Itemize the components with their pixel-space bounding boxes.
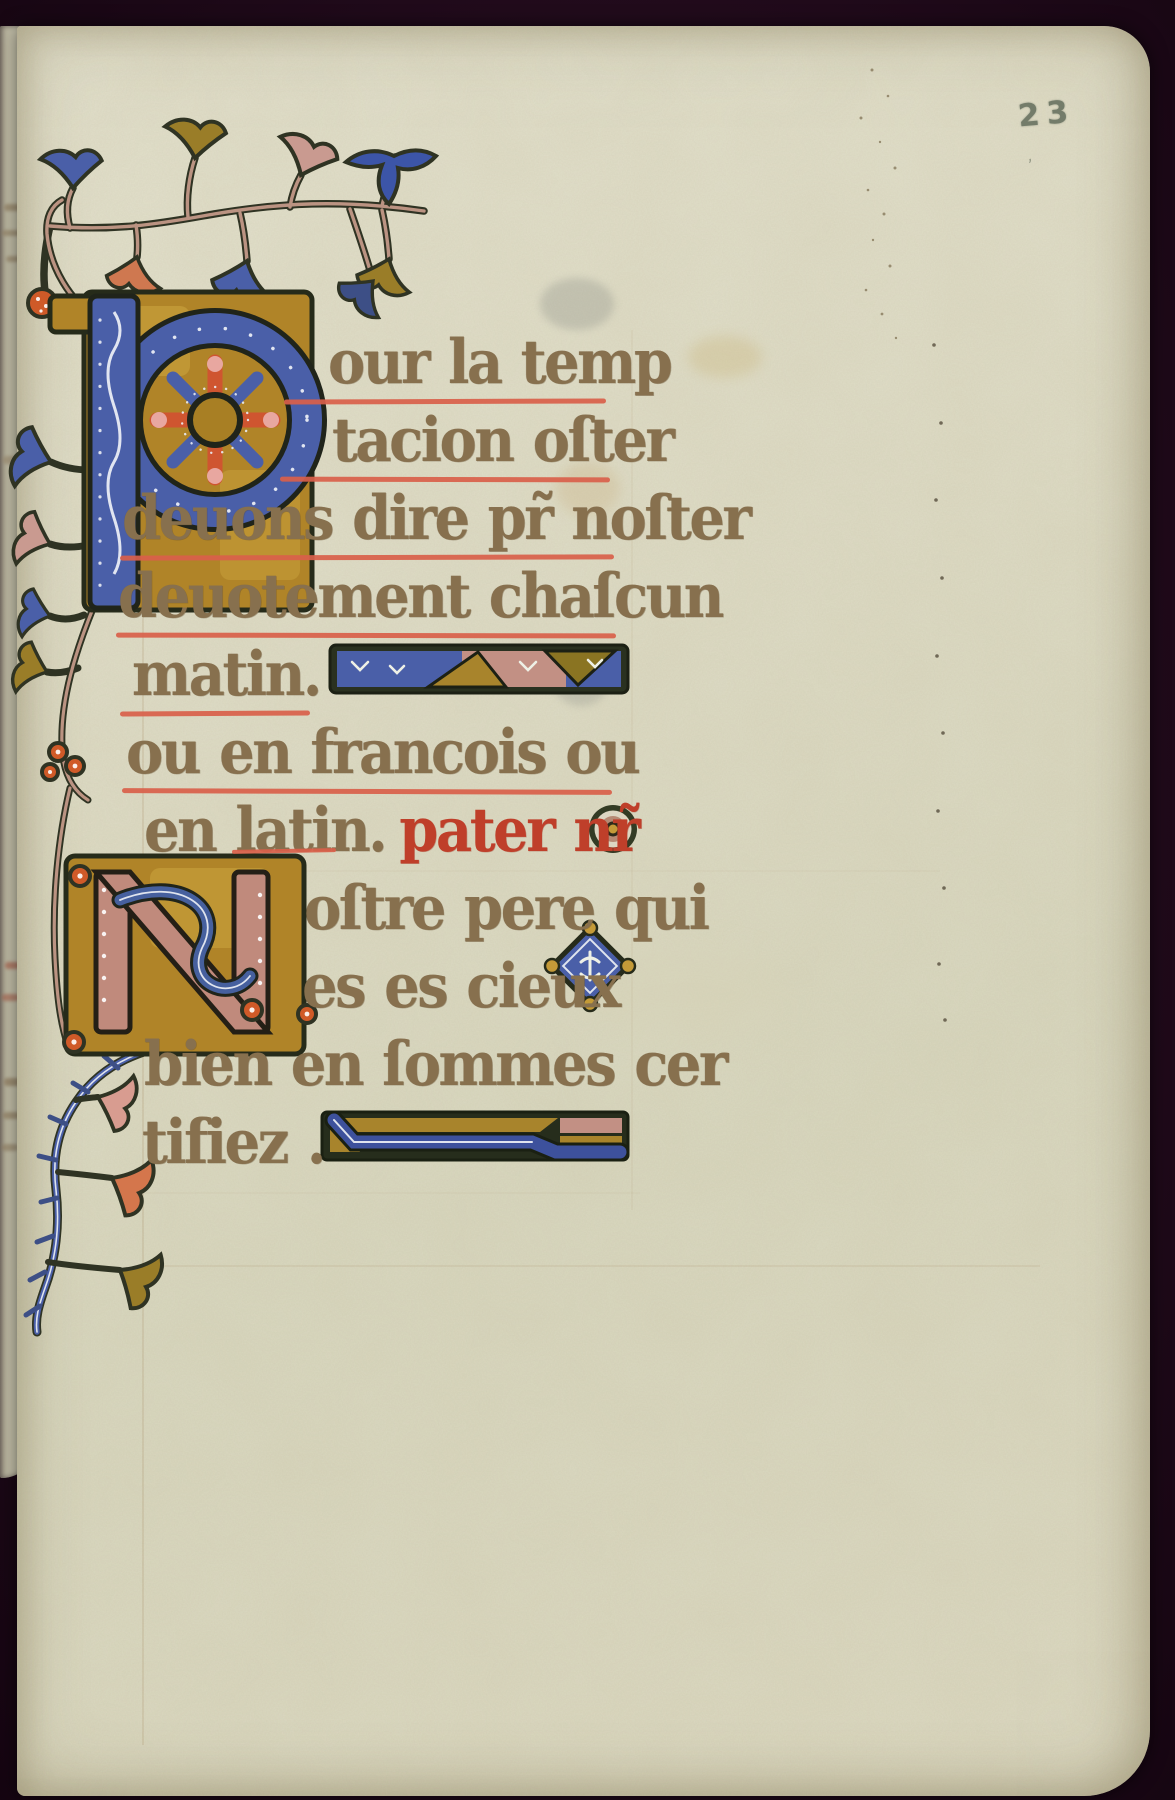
text-line-10: bien en ſommes cer bbox=[144, 1030, 726, 1099]
text-line-6: ou en francois ou bbox=[126, 718, 638, 787]
red-underline bbox=[280, 477, 610, 483]
line-text: en latin. bbox=[144, 795, 385, 866]
text-line-3: deuons dire pr̃ noſter bbox=[122, 484, 749, 553]
photo-backdrop: 23 , bbox=[0, 0, 1175, 1800]
red-underline bbox=[116, 633, 616, 639]
text-line-2: tacion oſter bbox=[332, 406, 673, 475]
text-line-5: matin. bbox=[132, 640, 320, 709]
bleed-through-mark bbox=[2, 1144, 18, 1151]
text-line-4: deuotement chaſcun bbox=[118, 562, 722, 631]
text-line-8: oſtre pere qui bbox=[304, 874, 708, 943]
folio-number: 23 bbox=[1017, 94, 1077, 135]
rubric-text: pater nr̃ bbox=[385, 795, 638, 866]
text-line-9: es es cieux bbox=[302, 952, 619, 1021]
text-line-11: tifiez . bbox=[142, 1108, 324, 1177]
red-underline bbox=[120, 711, 310, 717]
text-line-1: our la temp bbox=[328, 328, 671, 397]
text-line-7: en latin.pater nr̃ bbox=[144, 796, 638, 865]
